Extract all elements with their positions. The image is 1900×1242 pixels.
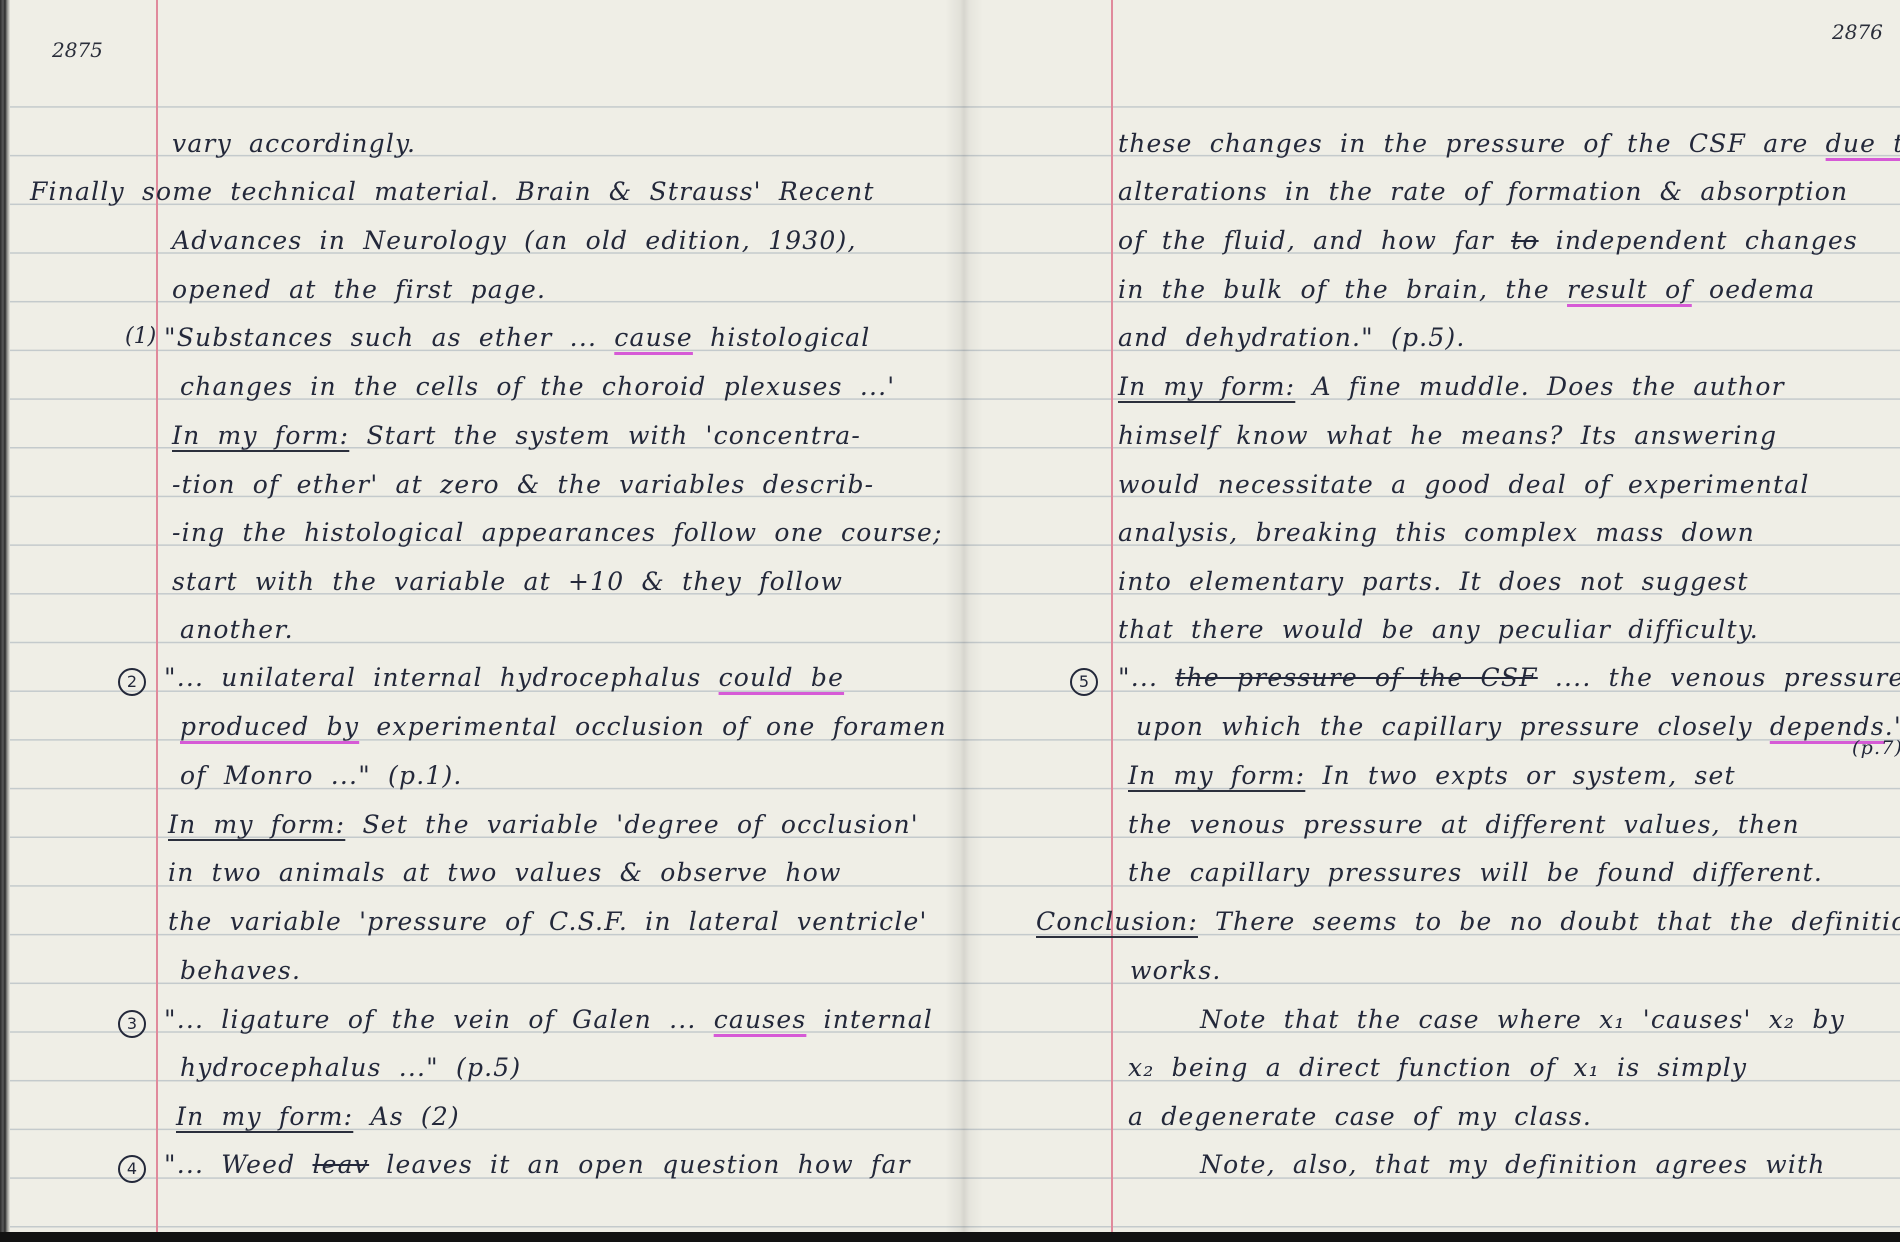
text-line: "Substances such as ether ... cause hist… (164, 318, 870, 358)
text-line: "... unilateral internal hydrocephalus c… (164, 658, 844, 698)
highlighted-word: cause (614, 323, 693, 352)
line-segment: histological (693, 323, 871, 352)
line-segment: "... (1118, 663, 1175, 692)
book-binding-edge (0, 0, 10, 1232)
text-line: a degenerate case of my class. (1128, 1097, 1592, 1137)
highlighted-word: causes (714, 1005, 807, 1034)
text-line: analysis, breaking this complex mass dow… (1118, 513, 1755, 553)
text-line: would necessitate a good deal of experim… (1118, 465, 1810, 505)
text-line: "... ligature of the vein of Galen ... c… (164, 1000, 933, 1040)
item-marker-circled: 5 (1070, 668, 1098, 696)
text-line: in the bulk of the brain, the result of … (1118, 270, 1815, 310)
item-marker-circled: 3 (118, 1010, 146, 1038)
text-line: of the fluid, and how far to independent… (1118, 221, 1858, 261)
item-marker-circled: 4 (118, 1155, 146, 1183)
text-line: into elementary parts. It does not sugge… (1118, 562, 1749, 602)
line-segment: "... unilateral internal hydrocephalus (164, 663, 719, 692)
line-segment: in the bulk of the brain, the (1118, 275, 1567, 304)
line-segment: leaves it an open question how far (369, 1150, 911, 1179)
text-line: that there would be any peculiar difficu… (1118, 610, 1759, 650)
text-line: another. (180, 610, 294, 650)
highlighted-word: produced by (180, 712, 359, 741)
text-line: behaves. (180, 951, 301, 991)
text-line: In my form: A fine muddle. Does the auth… (1118, 367, 1785, 407)
text-line: In my form: Start the system with 'conce… (172, 416, 861, 456)
text-line: these changes in the pressure of the CSF… (1118, 124, 1900, 164)
underlined-label: In my form: (1118, 372, 1295, 401)
line-segment: There seems to be no doubt that the defi… (1198, 907, 1900, 936)
text-line: start with the variable at +10 & they fo… (172, 562, 843, 602)
line-segment: upon which the capillary pressure closel… (1136, 712, 1770, 741)
text-line: vary accordingly. (172, 124, 416, 164)
underlined-label: In my form: (176, 1102, 353, 1131)
book-gutter (945, 0, 983, 1232)
text-line: -ing the histological appearances follow… (172, 513, 943, 553)
text-line: the venous pressure at different values,… (1128, 805, 1800, 845)
struck-word: leav (312, 1150, 369, 1179)
text-line: -tion of ether' at zero & the variables … (172, 465, 874, 505)
text-line: alterations in the rate of formation & a… (1118, 172, 1848, 212)
text-line: of Monro ..." (p.1). (180, 756, 463, 796)
text-line: "... Weed leav leaves it an open questio… (164, 1145, 911, 1185)
text-line: Conclusion: There seems to be no doubt t… (1036, 902, 1900, 942)
text-line: In my form: As (2) (176, 1097, 460, 1137)
highlighted-word: could be (719, 663, 845, 692)
line-segment: As (2) (353, 1102, 460, 1131)
text-line: himself know what he means? Its answerin… (1118, 416, 1777, 456)
text-line: Note that the case where x₁ 'causes' x₂ … (1200, 1000, 1845, 1040)
highlighted-word: result of (1567, 275, 1692, 304)
item-marker: (1) (125, 324, 156, 349)
line-segment: independent changes (1539, 226, 1858, 255)
book-bottom-edge (0, 1232, 1900, 1242)
line-segment: internal (806, 1005, 933, 1034)
text-line: upon which the capillary pressure closel… (1136, 707, 1900, 747)
struck-word: to (1511, 226, 1539, 255)
line-segment: .... the venous pressure, (1538, 663, 1900, 692)
text-line: the variable 'pressure of C.S.F. in late… (168, 902, 928, 942)
right-page-number: 2876 (1832, 20, 1883, 44)
underlined-label: In my form: (172, 421, 349, 450)
page-reference-note: (p.7) (1852, 728, 1900, 768)
text-line: "... the pressure of the CSF .... the ve… (1118, 658, 1900, 698)
line-segment: experimental occlusion of one foramen (359, 712, 947, 741)
text-line: produced by experimental occlusion of on… (180, 707, 947, 747)
text-line: Finally some technical material. Brain &… (30, 172, 875, 212)
underlined-label: In my form: (1128, 761, 1305, 790)
underlined-label: In my form: (168, 810, 345, 839)
line-segment: these changes in the pressure of the CSF… (1118, 129, 1826, 158)
line-segment: "... Weed (164, 1150, 312, 1179)
text-line: works. (1130, 951, 1222, 991)
text-line: Note, also, that my definition agrees wi… (1200, 1145, 1826, 1185)
struck-phrase: the pressure of the CSF (1175, 663, 1537, 692)
text-line: and dehydration." (p.5). (1118, 318, 1466, 358)
text-line: In my form: In two expts or system, set (1128, 756, 1736, 796)
text-line: hydrocephalus ..." (p.5) (180, 1048, 521, 1088)
line-segment: "Substances such as ether ... (164, 323, 614, 352)
text-line: Advances in Neurology (an old edition, 1… (172, 221, 857, 261)
text-line: changes in the cells of the choroid plex… (180, 367, 895, 407)
text-line: opened at the first page. (172, 270, 546, 310)
left-page-number: 2875 (52, 38, 103, 62)
text-line: in two animals at two values & observe h… (168, 853, 842, 893)
line-segment: Start the system with 'concentra- (349, 421, 861, 450)
line-segment: Set the variable 'degree of occlusion' (345, 810, 919, 839)
notebook-spread: 2875 vary accordingly. Finally some tech… (0, 0, 1900, 1232)
line-segment: Finally (30, 177, 142, 206)
text-line: the capillary pressures will be found di… (1128, 853, 1823, 893)
highlighted-word: due to (1826, 129, 1900, 158)
line-segment: of the fluid, and how far (1118, 226, 1511, 255)
underlined-label: Conclusion: (1036, 907, 1198, 936)
line-segment: A fine muddle. Does the author (1295, 372, 1784, 401)
item-marker-circled: 2 (118, 668, 146, 696)
line-segment: "... ligature of the vein of Galen ... (164, 1005, 714, 1034)
line-segment: In two expts or system, set (1305, 761, 1735, 790)
line-segment: oedema (1692, 275, 1816, 304)
right-margin-rule (1111, 0, 1113, 1232)
text-line: x₂ being a direct function of x₁ is simp… (1128, 1048, 1747, 1088)
line-segment: some technical material. Brain & Strauss… (142, 177, 875, 206)
text-line: In my form: Set the variable 'degree of … (168, 805, 919, 845)
